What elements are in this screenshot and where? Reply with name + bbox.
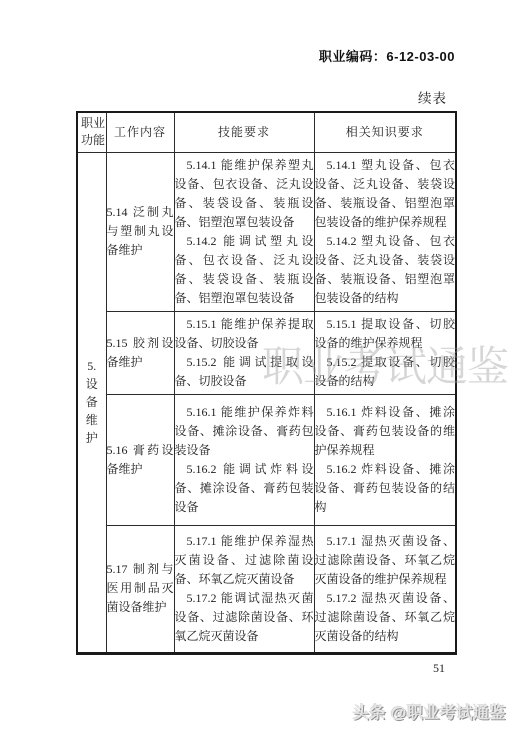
knowledge-item: 5.14.2 塑丸设备、包衣设备、泛丸设备、装袋设备、装瓶设备、铝塑泡罩包装设备… [315, 232, 456, 308]
table-row: 5.16 膏药设备维护 5.16.1 能维护保养炸料设备、摊涂设备、膏药包装设备… [77, 394, 456, 525]
skill-item: 5.15.1 能维护保养提取设备、切胶设备 [175, 315, 314, 353]
page-number: 51 [433, 661, 445, 676]
knowledge-requirements-cell: 5.17.1 湿热灭菌设备、过滤除菌设备、环氧乙烷灭菌设备的维护保养规程 5.1… [314, 525, 456, 653]
skill-requirements-cell: 5.16.1 能维护保养炸料设备、摊涂设备、膏药包装设备 5.16.2 能调试炸… [174, 394, 314, 525]
skill-item: 5.16.2 能调试炸料设备、摊涂设备、膏药包装设备 [175, 460, 314, 517]
skill-item: 5.16.1 能维护保养炸料设备、摊涂设备、膏药包装设备 [175, 403, 314, 460]
knowledge-requirements-cell: 5.14.1 塑丸设备、包衣设备、泛丸设备、装袋设备、装瓶设备、铝塑泡罩包装设备… [314, 152, 456, 311]
skill-item: 5.15.2 能调试提取设备、切胶设备 [175, 353, 314, 391]
header-occupational-function: 职业功能 [77, 112, 106, 152]
function-name: 设备维护 [85, 375, 98, 447]
header-knowledge-requirements: 相关知识要求 [314, 112, 456, 152]
table-header-row: 职业功能 工作内容 技能要求 相关知识要求 [77, 112, 456, 152]
header-skill-requirements: 技能要求 [174, 112, 314, 152]
skill-item: 5.17.2 能调试湿热灭菌设备、过滤除菌设备、环氧乙烷灭菌设备 [175, 589, 314, 646]
function-cell-equipment-maintenance: 5. 设备维护 [77, 152, 106, 653]
table-row: 5. 设备维护 5.14 泛制丸与塑制丸设备维护 5.14.1 能维护保养塑丸设… [77, 152, 456, 311]
footer-watermark: 头条 @职业考试通鉴 [353, 700, 506, 723]
knowledge-requirements-cell: 5.15.1 提取设备、切胶设备的维护保养规程 5.15.2 提取设备、切胶设备… [314, 311, 456, 394]
skill-item: 5.14.2 能调试塑丸设备、包衣设备、泛丸设备、装袋设备、装瓶设备、铝塑泡罩包… [175, 232, 314, 308]
knowledge-requirements-cell: 5.16.1 炸料设备、摊涂设备、膏药包装设备的维护保养规程 5.16.2 炸料… [314, 394, 456, 525]
header-work-content: 工作内容 [106, 112, 174, 152]
document-page: { "page": { "occupation_code": "职业编码：6-1… [0, 0, 520, 729]
knowledge-item: 5.15.1 提取设备、切胶设备的维护保养规程 [315, 315, 456, 353]
skill-item: 5.14.1 能维护保养塑丸设备、包衣设备、泛丸设备、装袋设备、装瓶设备、铝塑泡… [175, 156, 314, 232]
skill-item: 5.17.1 能维护保养湿热灭菌设备、过滤除菌设备、环氧乙烷灭菌设备 [175, 532, 314, 589]
function-number: 5. [78, 357, 106, 375]
knowledge-item: 5.16.1 炸料设备、摊涂设备、膏药包装设备的维护保养规程 [315, 403, 456, 460]
requirements-table: 职业功能 工作内容 技能要求 相关知识要求 5. 设备维护 5.14 泛制丸与塑… [76, 111, 457, 655]
work-content-cell: 5.15 胶剂设备维护 [106, 311, 174, 394]
knowledge-item: 5.17.2 湿热灭菌设备、过滤除菌设备、环氧乙烷灭菌设备的结构 [315, 589, 456, 646]
knowledge-item: 5.17.1 湿热灭菌设备、过滤除菌设备、环氧乙烷灭菌设备的维护保养规程 [315, 532, 456, 589]
work-content-cell: 5.16 膏药设备维护 [106, 394, 174, 525]
table-row: 5.17 制剂与医用制品灭菌设备维护 5.17.1 能维护保养湿热灭菌设备、过滤… [77, 525, 456, 653]
skill-requirements-cell: 5.15.1 能维护保养提取设备、切胶设备 5.15.2 能调试提取设备、切胶设… [174, 311, 314, 394]
work-content-cell: 5.14 泛制丸与塑制丸设备维护 [106, 152, 174, 311]
knowledge-item: 5.15.2 提取设备、切胶设备的结构 [315, 353, 456, 391]
continued-table-label: 续表 [418, 87, 447, 107]
knowledge-item: 5.16.2 炸料设备、摊涂设备、膏药包装设备的结构 [315, 460, 456, 517]
skill-requirements-cell: 5.17.1 能维护保养湿热灭菌设备、过滤除菌设备、环氧乙烷灭菌设备 5.17.… [174, 525, 314, 653]
knowledge-item: 5.14.1 塑丸设备、包衣设备、泛丸设备、装袋设备、装瓶设备、铝塑泡罩包装设备… [315, 156, 456, 232]
occupation-code: 职业编码：6-12-03-00 [319, 46, 455, 65]
table-row: 5.15 胶剂设备维护 5.15.1 能维护保养提取设备、切胶设备 5.15.2… [77, 311, 456, 394]
work-content-cell: 5.17 制剂与医用制品灭菌设备维护 [106, 525, 174, 653]
skill-requirements-cell: 5.14.1 能维护保养塑丸设备、包衣设备、泛丸设备、装袋设备、装瓶设备、铝塑泡… [174, 152, 314, 311]
